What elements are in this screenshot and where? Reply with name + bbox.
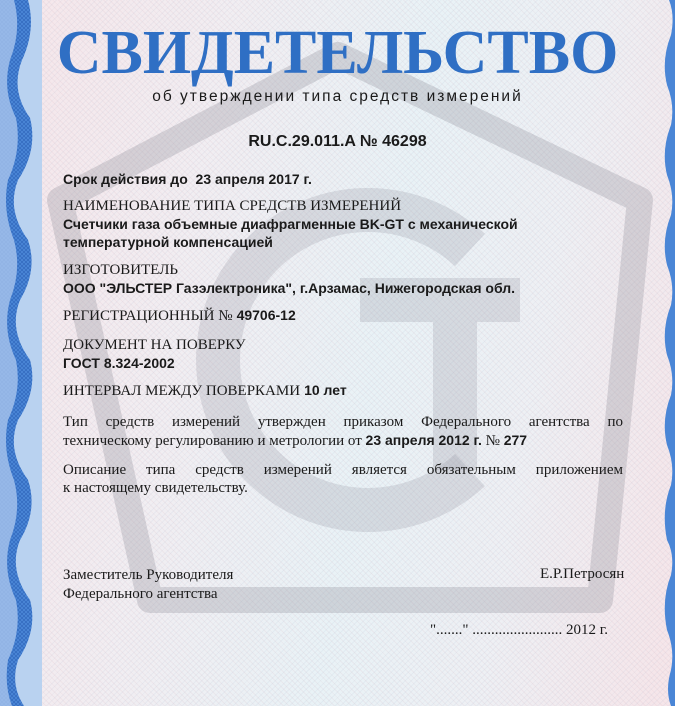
signatory-position: Заместитель Руководителя Федерального аг…: [63, 566, 233, 604]
certificate-subtitle: об утверждении типа средств измерений: [0, 88, 675, 106]
signatory-position-line2: Федерального агентства: [63, 585, 233, 604]
verification-document-section: ДОКУМЕНТ НА ПОВЕРКУ ГОСТ 8.324-2002: [63, 336, 623, 372]
certificate-number: RU.C.29.011.A № 46298: [0, 133, 675, 151]
approval-section: Тип средств измерений утвержден приказом…: [63, 413, 623, 450]
verification-document-label: ДОКУМЕНТ НА ПОВЕРКУ: [63, 336, 623, 354]
verification-interval-line: ИНТЕРВАЛ МЕЖДУ ПОВЕРКАМИ 10 лет: [63, 381, 623, 400]
description-section: Описание типа средств измерений является…: [63, 461, 623, 497]
approval-line1: Тип средств измерений утвержден приказом…: [63, 413, 623, 431]
manufacturer-section: ИЗГОТОВИТЕЛЬ ООО "ЭЛЬСТЕР Газэлектроника…: [63, 261, 623, 297]
certificate-title: СВИДЕТЕЛЬСТВО: [0, 18, 675, 88]
signatory-name: Е.Р.Петросян: [540, 566, 624, 583]
approval-no-sign: №: [486, 433, 500, 449]
manufacturer-value: ООО "ЭЛЬСТЕР Газэлектроника", г.Арзамас,…: [63, 279, 623, 297]
approval-date: 23 апреля 2012 г.: [366, 432, 482, 448]
registration-label: РЕГИСТРАЦИОННЫЙ №: [63, 308, 233, 324]
verification-interval-label: ИНТЕРВАЛ МЕЖДУ ПОВЕРКАМИ: [63, 383, 300, 399]
approval-order-number: 277: [504, 432, 527, 448]
instrument-type-value-line1: Счетчики газа объемные диафрагменные BK-…: [63, 215, 623, 233]
description-line1: Описание типа средств измерений является…: [63, 461, 623, 479]
instrument-type-value-line2: температурной компенсацией: [63, 233, 623, 251]
approval-line2: техническому регулированию и метрологии …: [63, 431, 623, 450]
registration-line: РЕГИСТРАЦИОННЫЙ № 49706-12: [63, 306, 623, 325]
signatory-position-line1: Заместитель Руководителя: [63, 566, 233, 585]
registration-value: 49706-12: [237, 307, 296, 323]
validity-value: 23 апреля 2017 г.: [196, 171, 312, 187]
validity-label: Срок действия до: [63, 171, 188, 187]
instrument-type-section: НАИМЕНОВАНИЕ ТИПА СРЕДСТВ ИЗМЕРЕНИЙ Счет…: [63, 197, 623, 251]
approval-line2-prefix: техническому регулированию и метрологии …: [63, 433, 362, 449]
issue-date-placeholder: "......." ........................ 2012 …: [430, 622, 608, 639]
instrument-type-label: НАИМЕНОВАНИЕ ТИПА СРЕДСТВ ИЗМЕРЕНИЙ: [63, 197, 623, 215]
validity-line: Срок действия до 23 апреля 2017 г.: [63, 170, 623, 188]
manufacturer-label: ИЗГОТОВИТЕЛЬ: [63, 261, 623, 279]
verification-interval-value: 10 лет: [304, 382, 347, 398]
verification-document-value: ГОСТ 8.324-2002: [63, 354, 623, 372]
description-line2: к настоящему свидетельству.: [63, 479, 623, 497]
